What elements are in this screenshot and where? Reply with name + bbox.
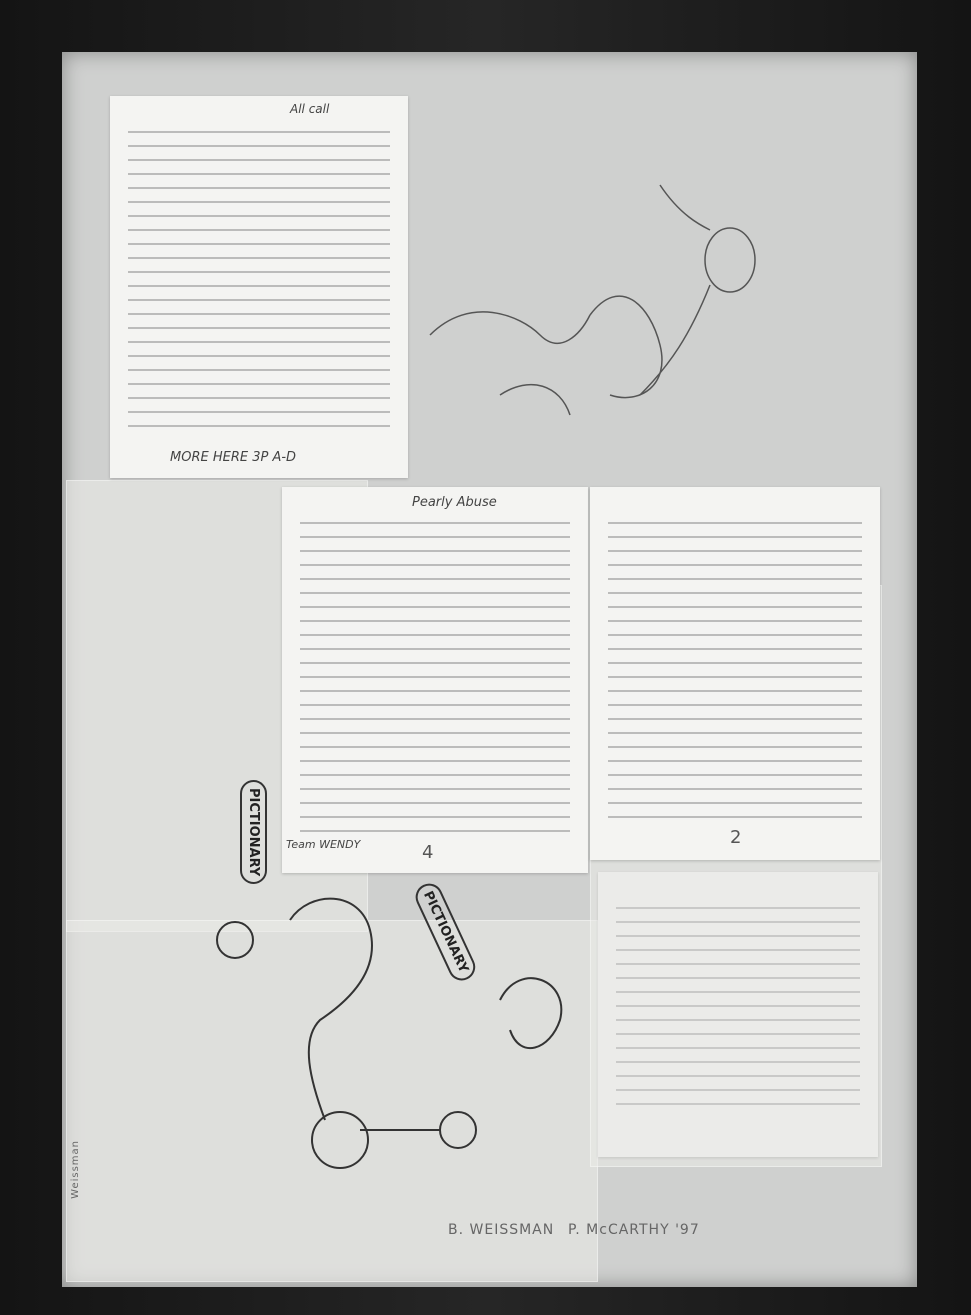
signature-weissman: B. WEISSMAN	[448, 1222, 554, 1238]
team-annotation: Team WENDY	[286, 838, 360, 851]
pictionary-drawing-1: PICTIONARY	[240, 780, 267, 884]
pencil-sketch-figures-top	[410, 165, 770, 475]
annotation-top: All call	[290, 102, 329, 116]
typed-page-top-left: All call MORE HERE 3P A-D	[110, 96, 408, 478]
signature-mccarthy: P. McCARTHY '97	[568, 1222, 700, 1238]
page-title: Pearly Abuse	[412, 495, 497, 510]
page-number: 4	[422, 842, 433, 863]
typed-page-right: 2	[590, 487, 880, 860]
pencil-sketch-figures-bottom	[200, 880, 640, 1220]
margin-note: Weissman	[70, 1140, 81, 1199]
typed-page-center: Pearly Abuse 4	[282, 487, 588, 873]
page-number: 2	[730, 827, 741, 848]
faded-page-lower-right	[598, 872, 878, 1157]
annotation-bottom: MORE HERE 3P A-D	[170, 450, 296, 465]
